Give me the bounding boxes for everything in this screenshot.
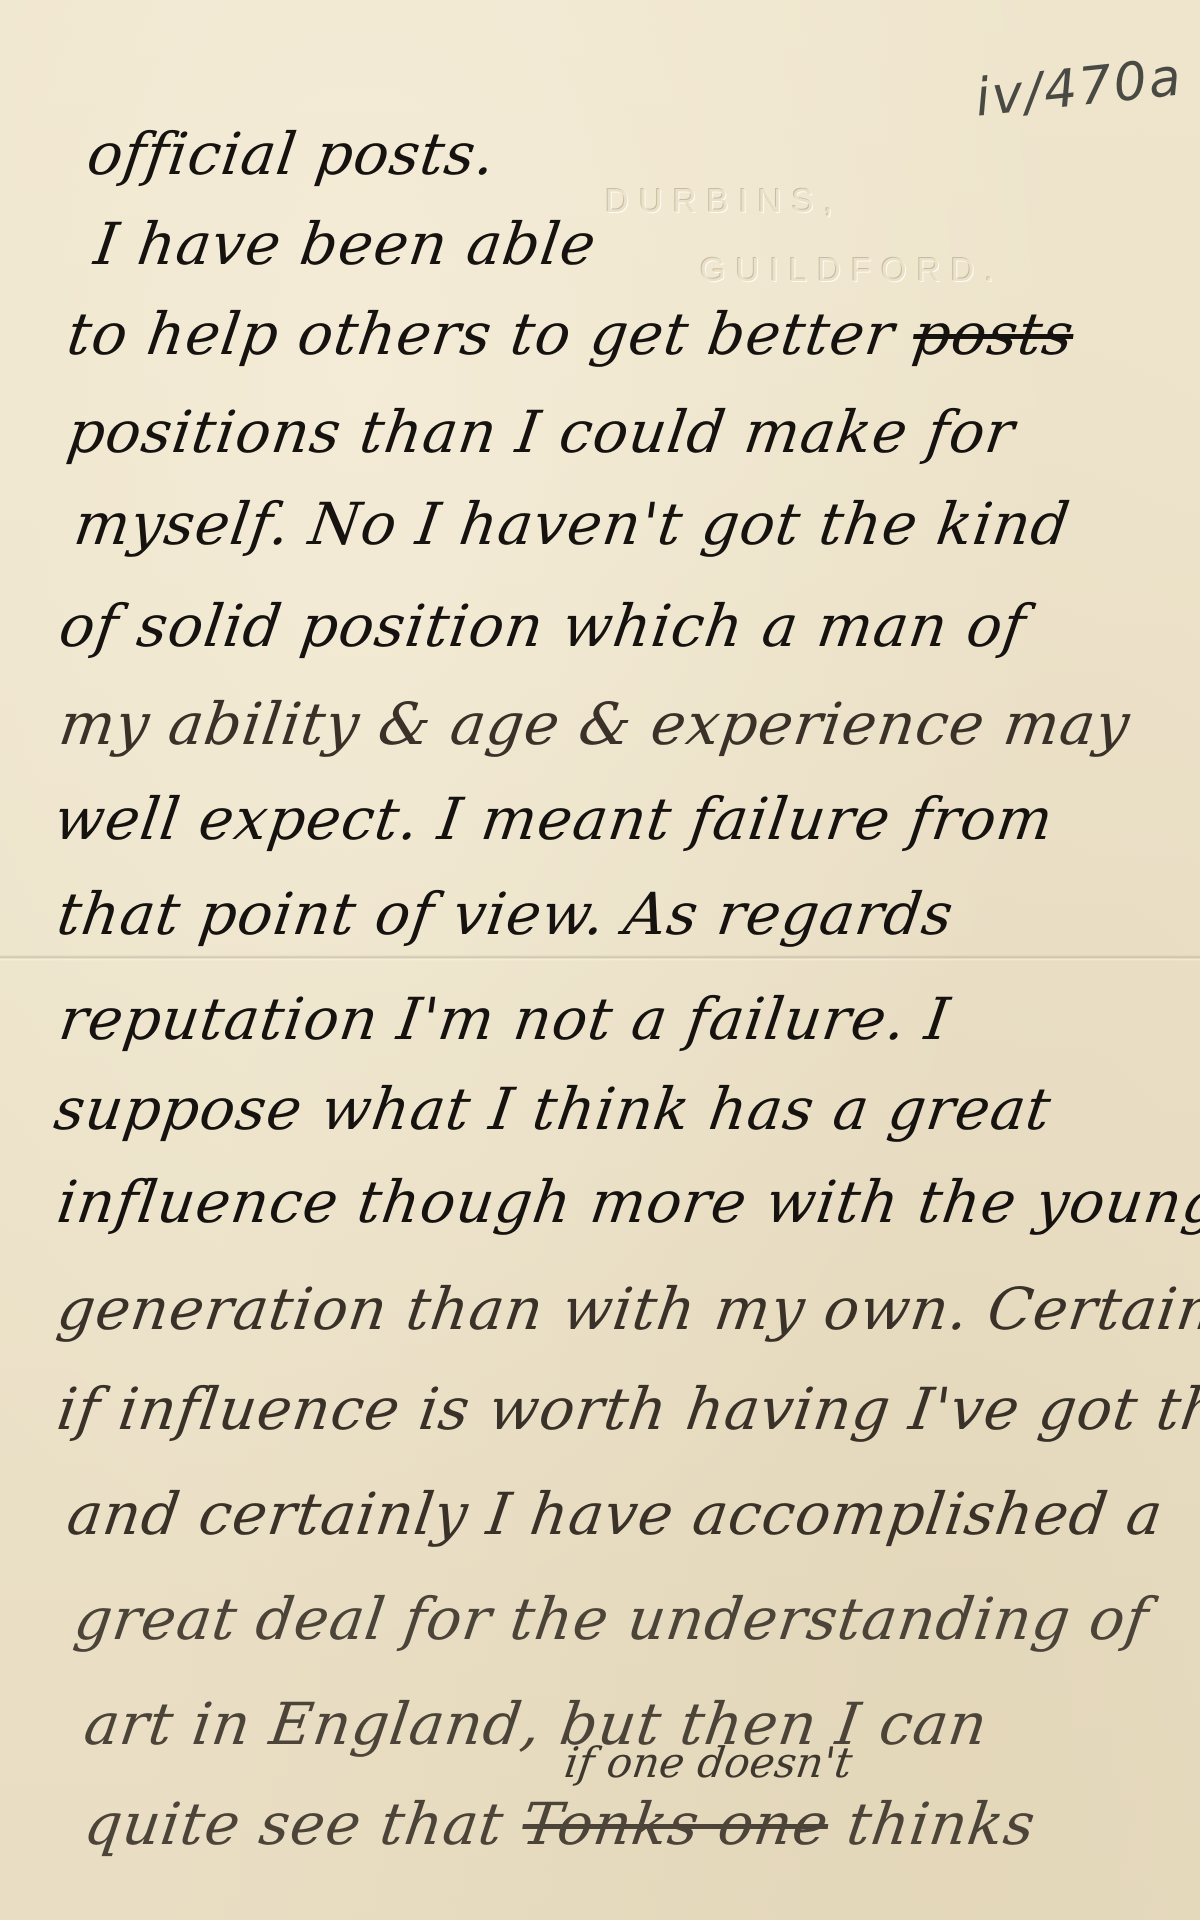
handwritten-line: to help others to get better posts	[63, 300, 1078, 368]
handwritten-line: great deal for the understanding of	[70, 1585, 1153, 1653]
struck-word: Tonks one	[518, 1790, 833, 1858]
line-text: to help others to get better	[63, 300, 899, 368]
paper-fold-crease	[0, 955, 1200, 961]
handwritten-line: official posts.	[83, 120, 500, 188]
handwritten-line: and certainly I have accomplished a	[63, 1480, 1167, 1548]
line-text: quite see that	[80, 1790, 508, 1858]
handwritten-line: well expect. I meant failure from	[50, 785, 1058, 853]
handwritten-line: that point of view. As regards	[53, 880, 958, 948]
handwritten-line: reputation I'm not a failure. I	[55, 985, 954, 1053]
interlinear-insertion: if one doesn't	[562, 1738, 856, 1787]
handwritten-line: quite see that Tonks one thinks	[80, 1790, 1040, 1858]
handwritten-line: I have been able	[90, 210, 601, 278]
handwritten-line: influence though more with the young	[53, 1168, 1200, 1236]
handwritten-line: myself. No I haven't got the kind	[70, 490, 1074, 558]
handwritten-line: my ability & age & experience may	[55, 690, 1134, 758]
handwritten-line: if influence is worth having I've got th…	[53, 1375, 1200, 1443]
letterhead-line-2: GUILDFORD.	[700, 251, 1004, 289]
handwritten-line: of solid position which a man of	[55, 592, 1030, 660]
handwritten-line: generation than with my own. Certainly	[53, 1275, 1200, 1343]
struck-word: posts	[909, 300, 1078, 368]
letterhead-line-1: DURBINS,	[605, 182, 843, 220]
handwritten-line: positions than I could make for	[63, 398, 1019, 466]
line-text-end: thinks	[843, 1790, 1040, 1858]
handwritten-line: art in England, but then I can	[80, 1690, 992, 1758]
handwritten-line: suppose what I think has a great	[50, 1075, 1055, 1143]
